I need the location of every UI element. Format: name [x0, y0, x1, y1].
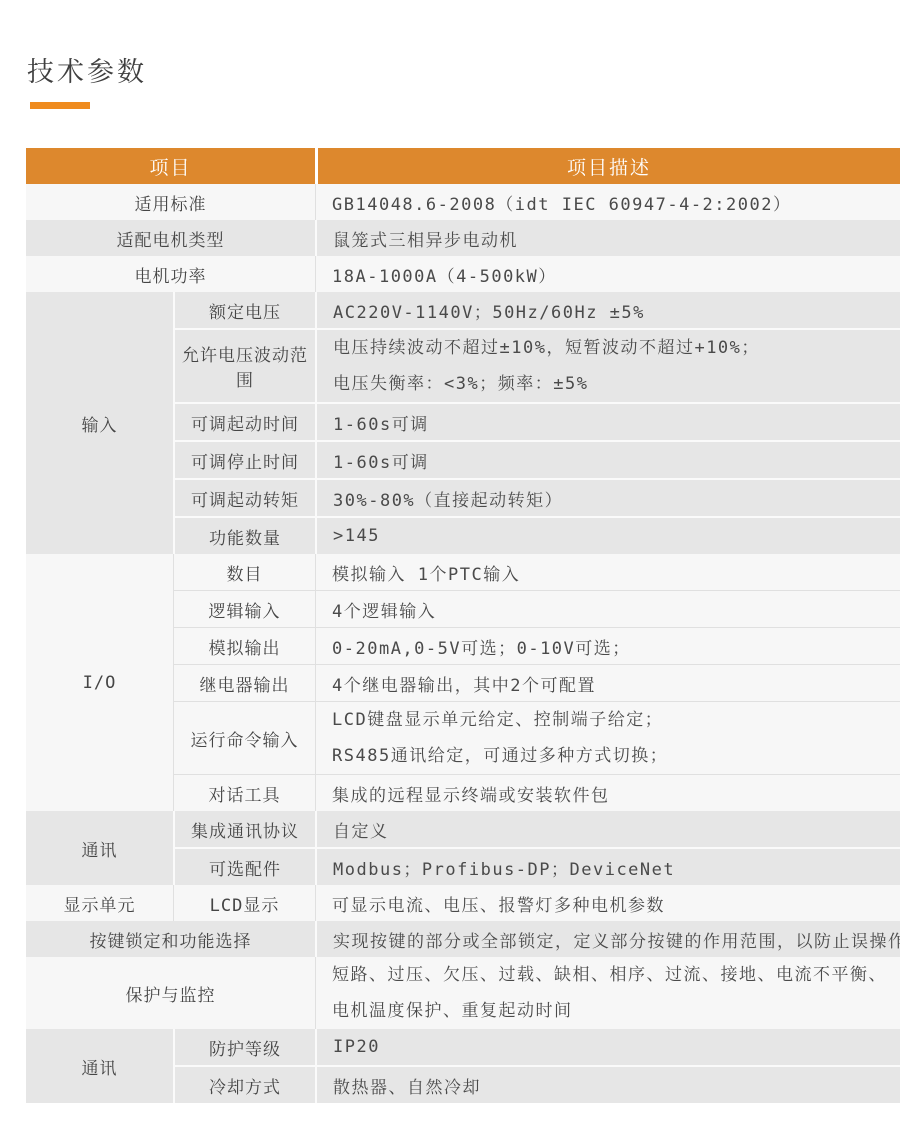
desc-cell: GB14048.6-2008（idt IEC 60947-4-2:2002） — [315, 184, 900, 220]
sub-cell: 额定电压 — [173, 292, 315, 328]
header-item-cell: 项目 — [26, 148, 315, 184]
sub-cell: 逻辑输入 — [173, 590, 315, 627]
sub-cell: 对话工具 — [173, 774, 315, 811]
desc-cell: 18A-1000A（4-500kW） — [315, 256, 900, 292]
desc-cell: 30%-80%（直接起动转矩） — [315, 478, 900, 516]
table-header-row: 项目 项目描述 — [26, 148, 900, 184]
desc-line: 电压失衡率：<3%；频率：±5% — [333, 366, 900, 402]
sub-cell: 可调起动时间 — [173, 402, 315, 440]
header-desc-cell: 项目描述 — [315, 148, 900, 184]
spec-table: 项目 项目描述 适用标准 GB14048.6-2008（idt IEC 6094… — [26, 148, 900, 1103]
table-row: 按键锁定和功能选择 实现按键的部分或全部锁定，定义部分按键的作用范围，以防止误操… — [26, 921, 900, 957]
sub-cell: 功能数量 — [173, 516, 315, 554]
desc-cell: 电压持续波动不超过±10%，短暂波动不超过+10%； 电压失衡率：<3%；频率：… — [315, 328, 900, 402]
sub-cell: 防护等级 — [173, 1029, 315, 1065]
desc-cell: 模拟输入 1个PTC输入 — [315, 554, 900, 590]
desc-cell: >145 — [315, 516, 900, 554]
item-cell: 适用标准 — [26, 184, 315, 220]
table-row: 显示单元 LCD显示 可显示电流、电压、报警灯多种电机参数 — [26, 885, 900, 921]
table-row: 通讯 防护等级 IP20 — [26, 1029, 900, 1065]
sub-cell: 模拟输出 — [173, 627, 315, 664]
page-title: 技术参数 — [27, 50, 900, 89]
desc-line: 短路、过压、欠压、过载、缺相、相序、过流、接地、电流不平衡、 — [332, 957, 900, 993]
table-row: 电机功率 18A-1000A（4-500kW） — [26, 256, 900, 292]
desc-cell: 0-20mA,0-5V可选；0-10V可选； — [315, 627, 900, 664]
desc-cell: 1-60s可调 — [315, 402, 900, 440]
desc-cell: 4个继电器输出，其中2个可配置 — [315, 664, 900, 701]
table-row: I/O 数目 模拟输入 1个PTC输入 — [26, 554, 900, 590]
table-row: 输入 额定电压 AC220V-1140V；50Hz/60Hz ±5% — [26, 292, 900, 328]
desc-cell: 短路、过压、欠压、过载、缺相、相序、过流、接地、电流不平衡、 电机温度保护、重复… — [315, 957, 900, 1029]
group-cell: 显示单元 — [26, 885, 173, 921]
desc-cell: 4个逻辑输入 — [315, 590, 900, 627]
desc-line: 电机温度保护、重复起动时间 — [332, 993, 900, 1029]
desc-cell: 集成的远程显示终端或安装软件包 — [315, 774, 900, 811]
item-cell: 电机功率 — [26, 256, 315, 292]
group-cell: I/O — [26, 554, 173, 811]
desc-cell: 实现按键的部分或全部锁定，定义部分按键的作用范围，以防止误操作 — [315, 921, 900, 957]
sub-cell: 运行命令输入 — [173, 701, 315, 774]
desc-cell: 1-60s可调 — [315, 440, 900, 478]
sub-cell: 继电器输出 — [173, 664, 315, 701]
sub-cell: 可调停止时间 — [173, 440, 315, 478]
desc-line: RS485通讯给定，可通过多种方式切换； — [332, 738, 900, 774]
item-cell: 适配电机类型 — [26, 220, 315, 256]
item-cell: 保护与监控 — [26, 957, 315, 1029]
title-accent-bar — [30, 102, 90, 109]
sub-cell: 可调起动转矩 — [173, 478, 315, 516]
table-row: 适配电机类型 鼠笼式三相异步电动机 — [26, 220, 900, 256]
desc-cell: 可显示电流、电压、报警灯多种电机参数 — [315, 885, 900, 921]
sub-cell: 集成通讯协议 — [173, 811, 315, 847]
table-row: 适用标准 GB14048.6-2008（idt IEC 60947-4-2:20… — [26, 184, 900, 220]
desc-cell: IP20 — [315, 1029, 900, 1065]
item-cell: 按键锁定和功能选择 — [26, 921, 315, 957]
desc-cell: 鼠笼式三相异步电动机 — [315, 220, 900, 256]
sub-cell: 允许电压波动范围 — [173, 328, 315, 402]
group-cell: 通讯 — [26, 811, 173, 885]
group-cell: 输入 — [26, 292, 173, 554]
sub-cell: LCD显示 — [173, 885, 315, 921]
sub-cell: 可选配件 — [173, 847, 315, 885]
group-cell: 通讯 — [26, 1029, 173, 1103]
desc-line: 电压持续波动不超过±10%，短暂波动不超过+10%； — [333, 330, 900, 366]
desc-cell: Modbus；Profibus-DP；DeviceNet — [315, 847, 900, 885]
sub-cell: 冷却方式 — [173, 1065, 315, 1103]
desc-cell: 散热器、自然冷却 — [315, 1065, 900, 1103]
desc-cell: 自定义 — [315, 811, 900, 847]
table-row: 通讯 集成通讯协议 自定义 — [26, 811, 900, 847]
sub-cell: 数目 — [173, 554, 315, 590]
desc-line: LCD键盘显示单元给定、控制端子给定； — [332, 702, 900, 738]
table-row: 保护与监控 短路、过压、欠压、过载、缺相、相序、过流、接地、电流不平衡、 电机温… — [26, 957, 900, 1029]
desc-cell: LCD键盘显示单元给定、控制端子给定； RS485通讯给定，可通过多种方式切换； — [315, 701, 900, 774]
desc-cell: AC220V-1140V；50Hz/60Hz ±5% — [315, 292, 900, 328]
